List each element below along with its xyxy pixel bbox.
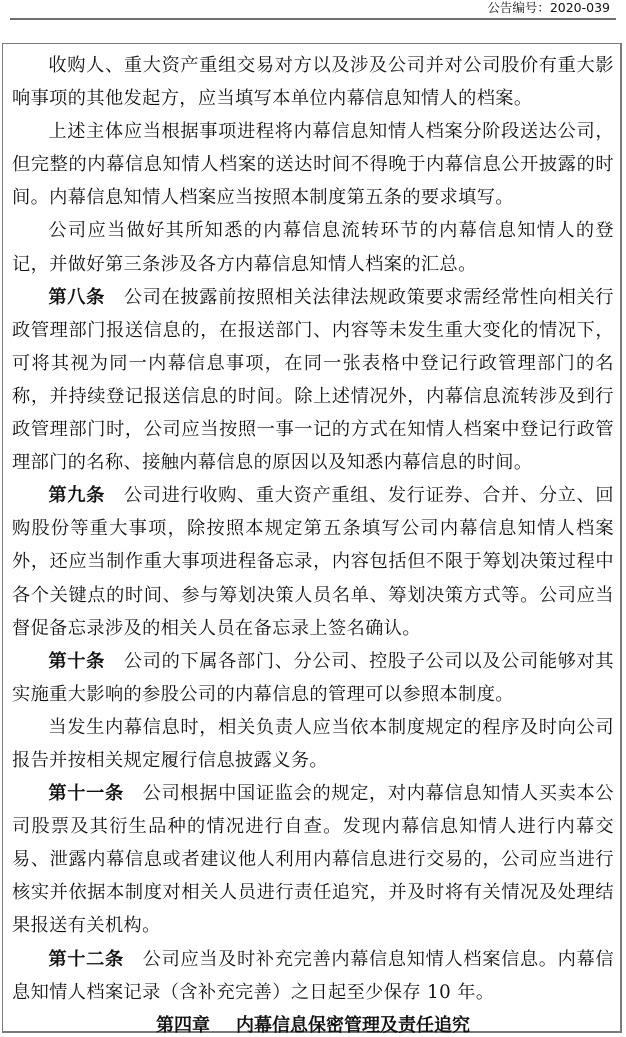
document-content: 收购人、重大资产重组交易对方以及涉及公司并对公司股价有重大影响事项的其他发起方，… [12, 49, 614, 1037]
paragraph: 当发生内幕信息时，相关负责人应当依本制度规定的程序及时向公司报告并按相关规定履行… [12, 711, 614, 777]
article-number: 第八条 [48, 287, 105, 308]
article-10: 第十条 公司的下属各部门、分公司、控股子公司以及公司能够对其实施重大影响的参股公… [12, 645, 614, 711]
paragraph-text: 公司应当做好其所知悉的内幕信息流转环节的内幕信息知情人的登记，并做好第三条涉及各… [12, 220, 614, 274]
document-body-frame: 收购人、重大资产重组交易对方以及涉及公司并对公司股价有重大影响事项的其他发起方，… [2, 43, 622, 1033]
paragraph-text: 公司进行收购、重大资产重组、发行证券、合并、分立、回购股份等重大事项，除按照本规… [12, 485, 614, 638]
chapter-title: 内幕信息保密管理及责任追究 [236, 1015, 470, 1036]
article-number: 第十一条 [48, 783, 123, 804]
chapter-heading: 第四章内幕信息保密管理及责任追究 [12, 1009, 614, 1037]
paragraph-text: 收购人、重大资产重组交易对方以及涉及公司并对公司股价有重大影响事项的其他发起方，… [12, 55, 614, 109]
paragraph-text: 公司在披露前按照相关法律法规政策要求需经常性向相关行政管理部门报送信息的，在报送… [12, 287, 614, 473]
article-9: 第九条 公司进行收购、重大资产重组、发行证券、合并、分立、回购股份等重大事项，除… [12, 479, 614, 644]
paragraph-text: 当发生内幕信息时，相关负责人应当依本制度规定的程序及时向公司报告并按相关规定履行… [12, 717, 614, 771]
paragraph: 收购人、重大资产重组交易对方以及涉及公司并对公司股价有重大影响事项的其他发起方，… [12, 49, 614, 115]
article-11: 第十一条 公司根据中国证监会的规定，对内幕信息知情人买卖本公司股票及其衍生品种的… [12, 777, 614, 942]
paragraph-text: 上述主体应当根据事项进程将内幕信息知情人档案分阶段送达公司，但完整的内幕信息知情… [12, 121, 614, 208]
chapter-number: 第四章 [156, 1015, 210, 1036]
article-12: 第十二条 公司应当及时补充完善内幕信息知情人档案信息。内幕信息知情人档案记录（含… [12, 943, 614, 1009]
article-number: 第十二条 [48, 949, 123, 970]
article-number: 第九条 [48, 485, 105, 506]
article-number: 第十条 [48, 651, 105, 672]
paragraph-text: 公司根据中国证监会的规定，对内幕信息知情人买卖本公司股票及其衍生品种的情况进行自… [12, 783, 614, 936]
paragraph: 公司应当做好其所知悉的内幕信息流转环节的内幕信息知情人的登记，并做好第三条涉及各… [12, 214, 614, 280]
article-8: 第八条 公司在披露前按照相关法律法规政策要求需经常性向相关行政管理部门报送信息的… [12, 281, 614, 480]
page-header: 公告编号：2020-039 [10, 0, 616, 20]
announcement-number: 公告编号：2020-039 [487, 0, 610, 16]
paragraph: 上述主体应当根据事项进程将内幕信息知情人档案分阶段送达公司，但完整的内幕信息知情… [12, 115, 614, 214]
